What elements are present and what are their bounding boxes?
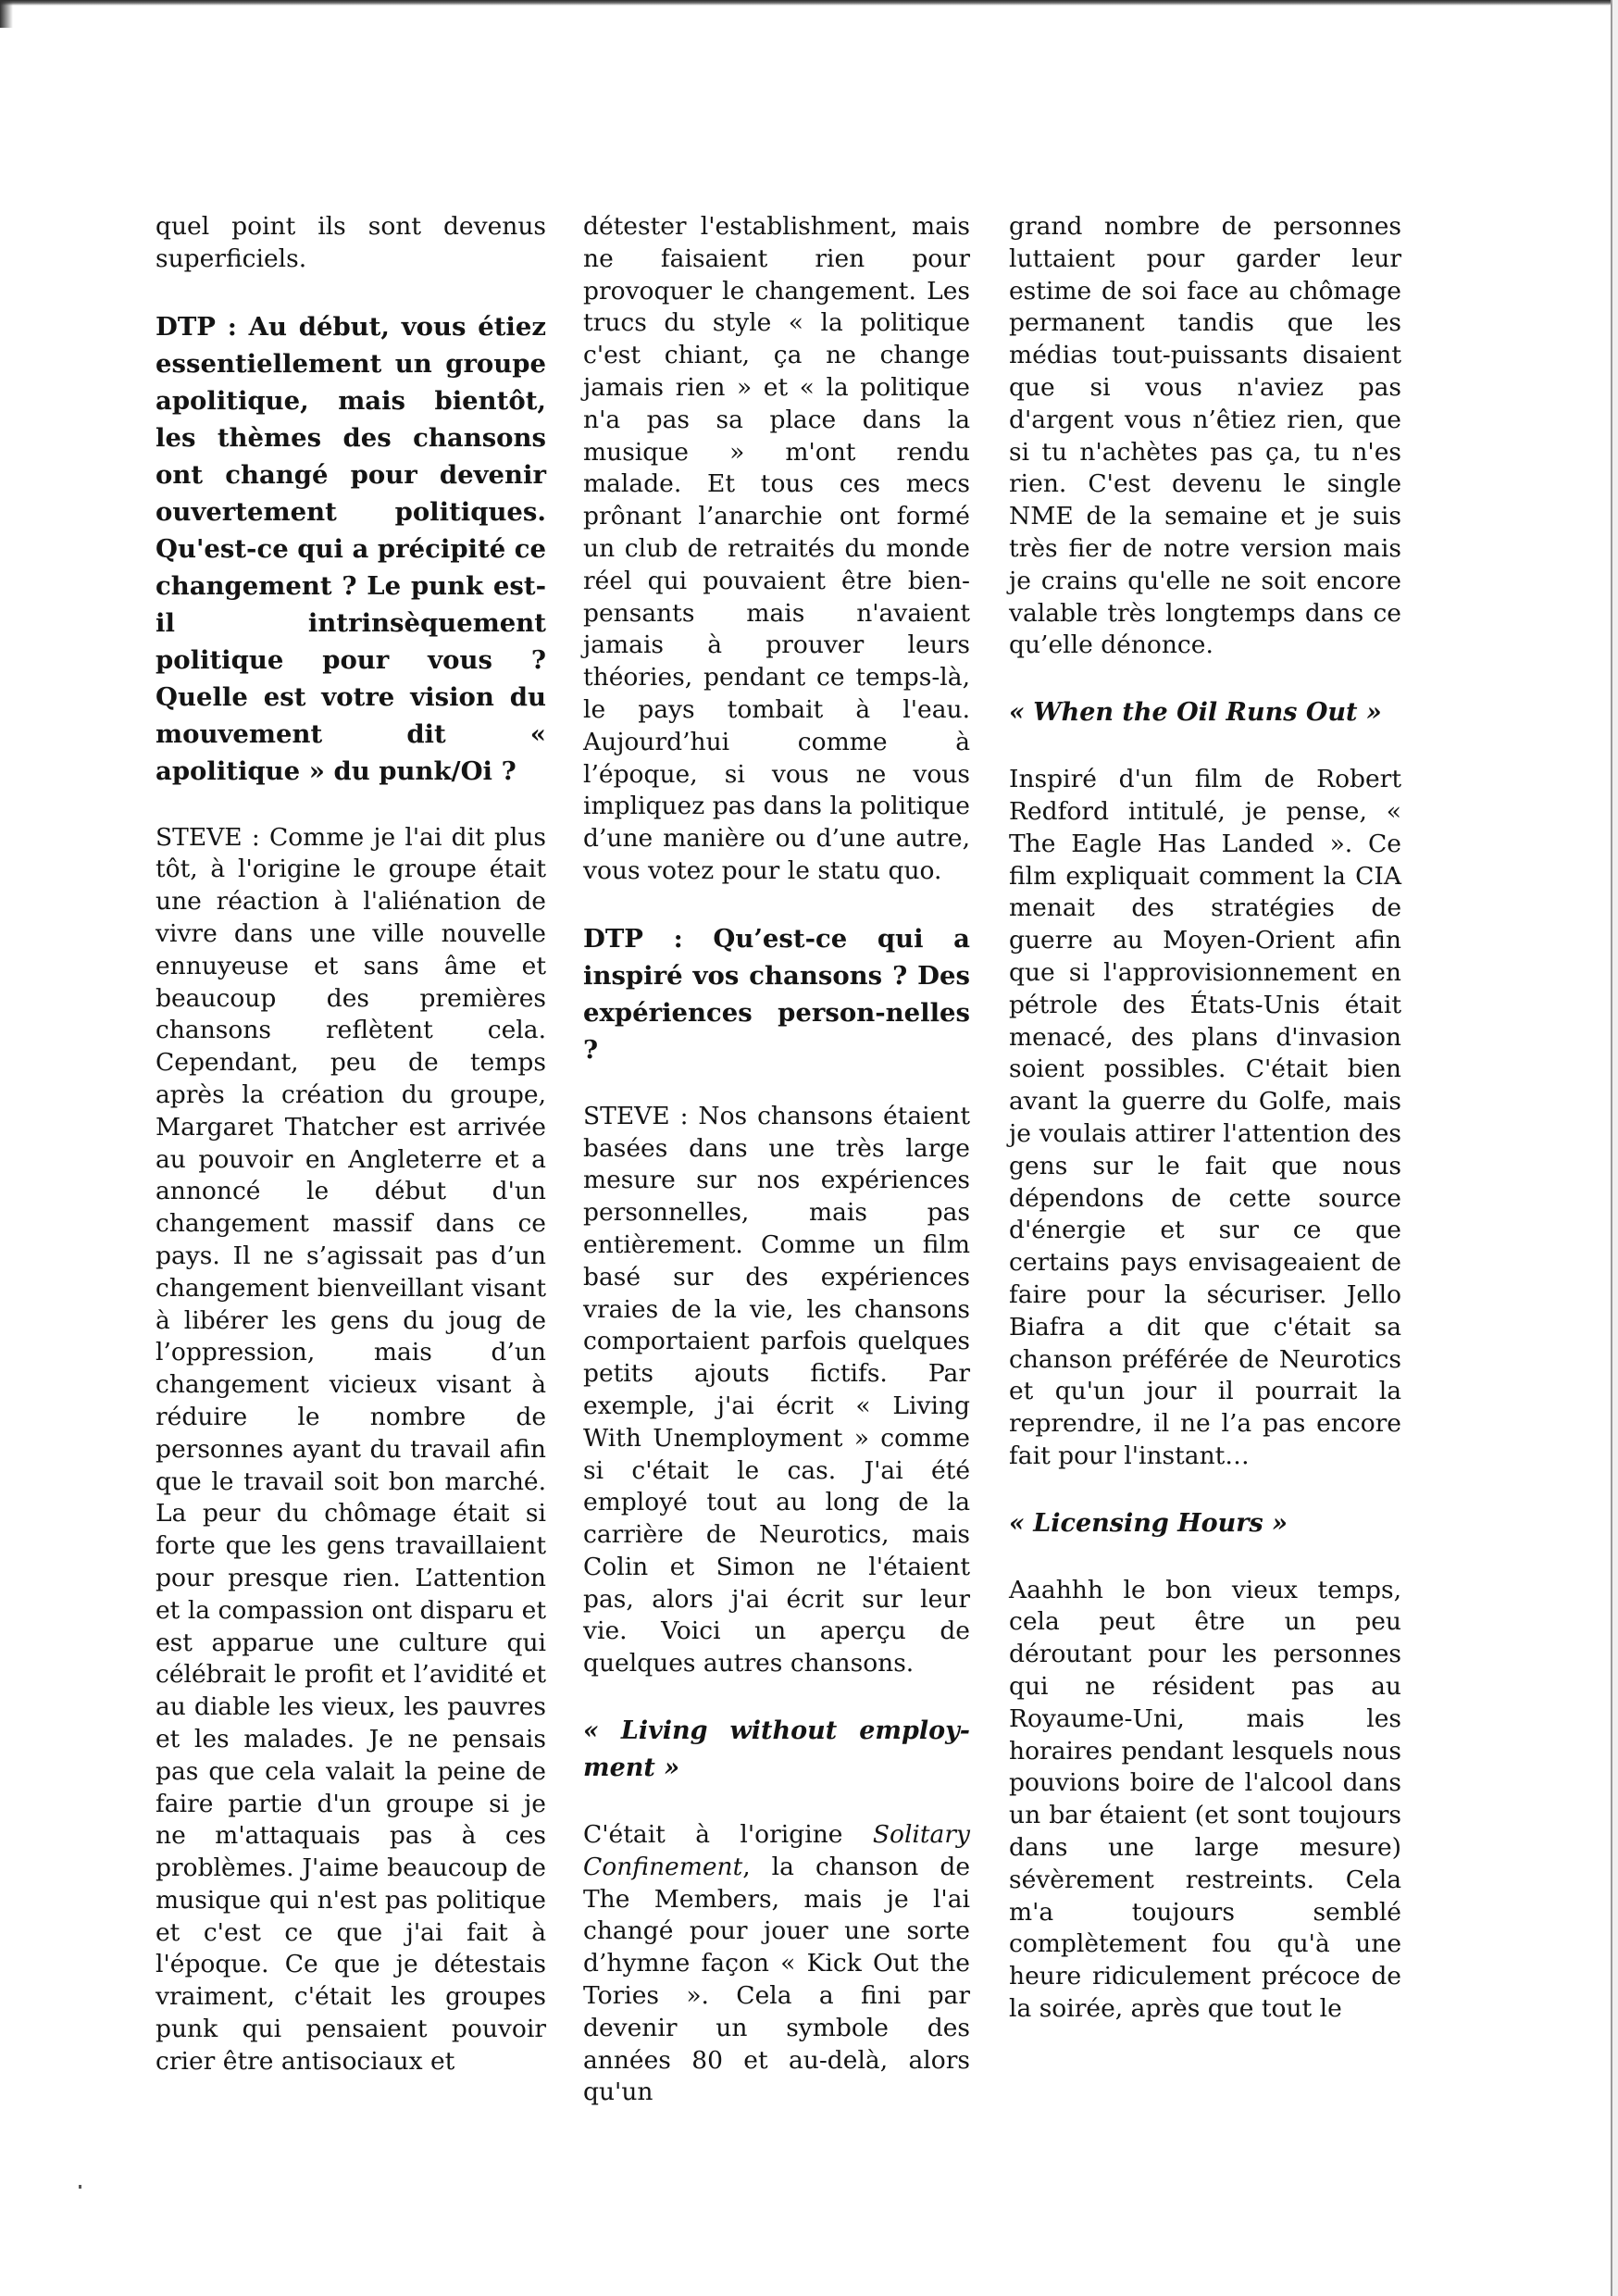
interview-answer: STEVE : Nos chansons étaient basées dans… bbox=[583, 1101, 970, 1680]
scan-edge-right-margin bbox=[1612, 0, 1618, 2296]
song-description-text: C'était à l'origine bbox=[583, 1820, 873, 1849]
scan-edge-right bbox=[1611, 0, 1612, 2296]
text-column-2: détester l'establishment, mais ne faisai… bbox=[583, 211, 970, 2109]
song-title: « Living without employ-ment » bbox=[583, 1713, 970, 1787]
song-description: Aaahhh le bon vieux temps, cela peut êtr… bbox=[1009, 1575, 1401, 2026]
song-description: Inspiré d'un film de Robert Redford inti… bbox=[1009, 764, 1401, 1473]
scan-edge-corner bbox=[0, 0, 13, 28]
text-column-3: grand nombre de personnes luttaient pour… bbox=[1009, 211, 1401, 2026]
scan-speck bbox=[79, 2185, 81, 2189]
paragraph-continuation: quel point ils sont devenus superficiels… bbox=[156, 211, 546, 276]
interview-question: DTP : Qu’est-ce qui a inspiré vos chanso… bbox=[583, 920, 970, 1068]
scan-edge-top bbox=[0, 0, 1618, 6]
paragraph-continuation: détester l'establishment, mais ne faisai… bbox=[583, 211, 970, 888]
text-column-1: quel point ils sont devenus superficiels… bbox=[156, 211, 546, 2078]
interview-answer: STEVE : Comme je l'ai dit plus tôt, à l'… bbox=[156, 822, 546, 2078]
song-description: C'était à l'origine Solitary Confinement… bbox=[583, 1819, 970, 2109]
interview-question: DTP : Au début, vous étiez essentielleme… bbox=[156, 308, 546, 790]
song-title: « Licensing Hours » bbox=[1009, 1505, 1401, 1542]
song-title: « When the Oil Runs Out » bbox=[1009, 694, 1401, 731]
paragraph-continuation: grand nombre de personnes luttaient pour… bbox=[1009, 211, 1401, 662]
song-description-text: , la chanson de The Members, mais je l'a… bbox=[583, 1853, 970, 2107]
